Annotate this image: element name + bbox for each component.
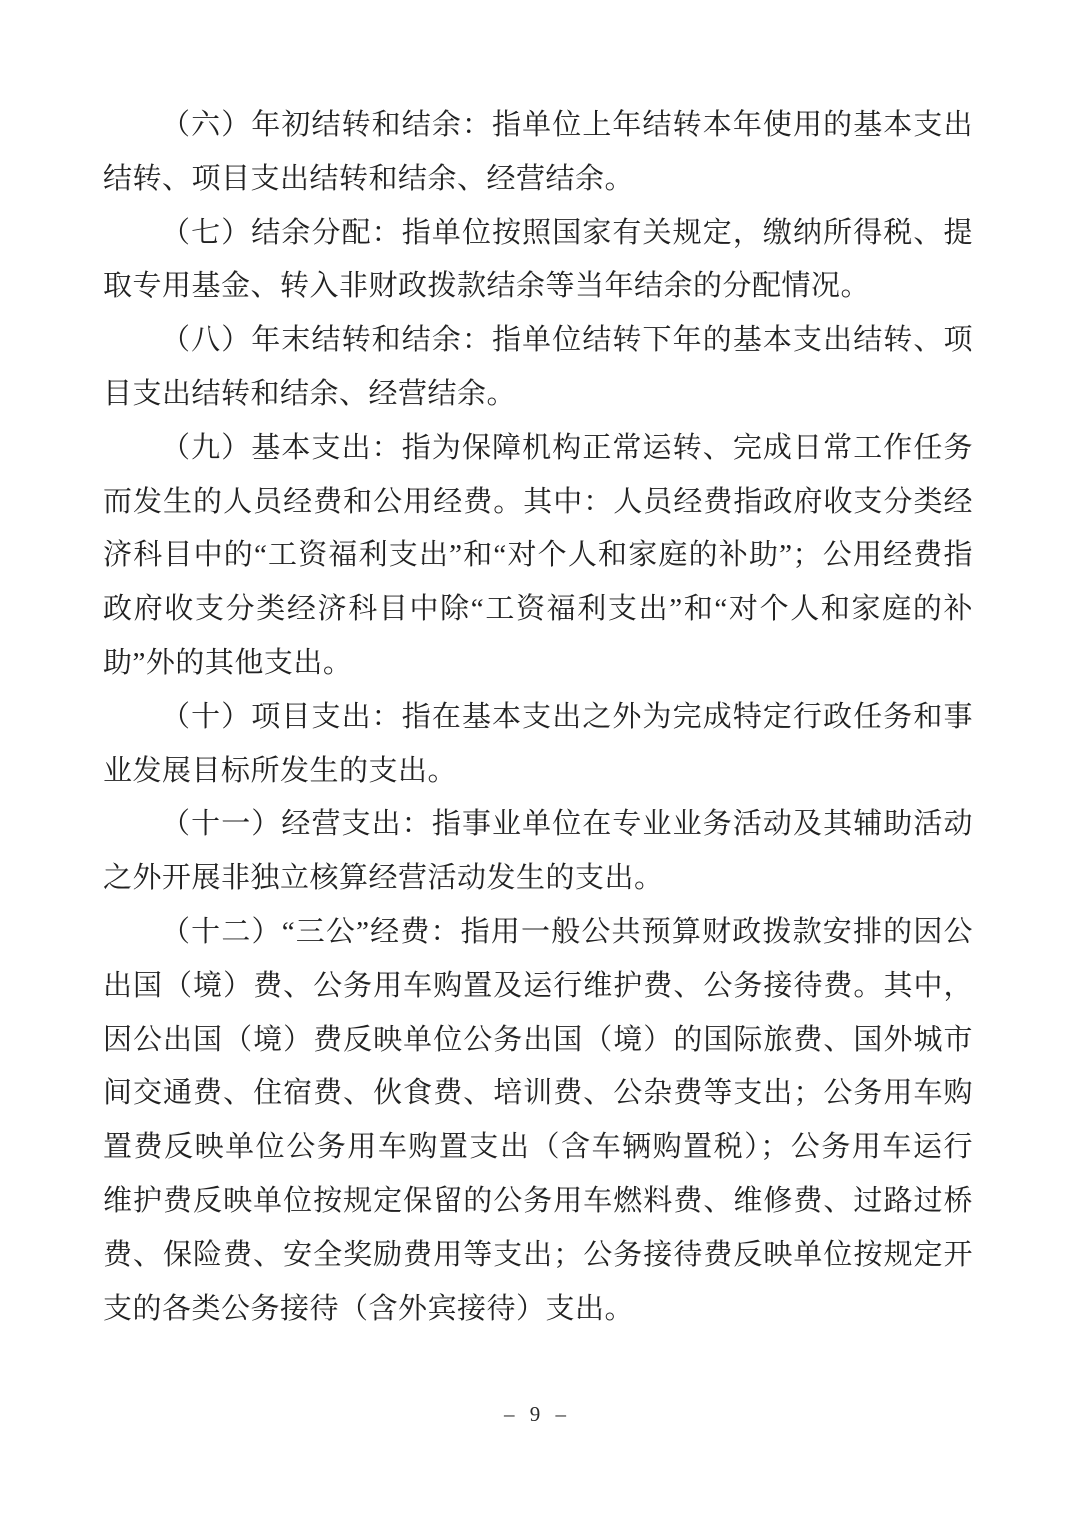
page-number: – 9 – <box>0 1402 1075 1427</box>
paragraph-item-9: （九）基本支出：指为保障机构正常运转、完成日常工作任务而发生的人员经费和公用经费… <box>103 422 973 691</box>
paragraph-item-8: （八）年末结转和结余：指单位结转下年的基本支出结转、项目支出结转和结余、经营结余… <box>103 314 973 422</box>
paragraph-item-11: （十一）经营支出：指事业单位在专业业务活动及其辅助活动之外开展非独立核算经营活动… <box>103 798 973 906</box>
paragraph-item-12: （十二）“三公”经费：指用一般公共预算财政拨款安排的因公出国（境）费、公务用车购… <box>103 906 973 1336</box>
paragraph-item-10: （十）项目支出：指在基本支出之外为完成特定行政任务和事业发展目标所发生的支出。 <box>103 691 973 799</box>
document-body: （六）年初结转和结余：指单位上年结转本年使用的基本支出结转、项目支出结转和结余、… <box>103 99 973 1336</box>
paragraph-item-6: （六）年初结转和结余：指单位上年结转本年使用的基本支出结转、项目支出结转和结余、… <box>103 99 973 207</box>
document-page: （六）年初结转和结余：指单位上年结转本年使用的基本支出结转、项目支出结转和结余、… <box>0 0 1075 1520</box>
paragraph-item-7: （七）结余分配：指单位按照国家有关规定，缴纳所得税、提取专用基金、转入非财政拨款… <box>103 207 973 315</box>
